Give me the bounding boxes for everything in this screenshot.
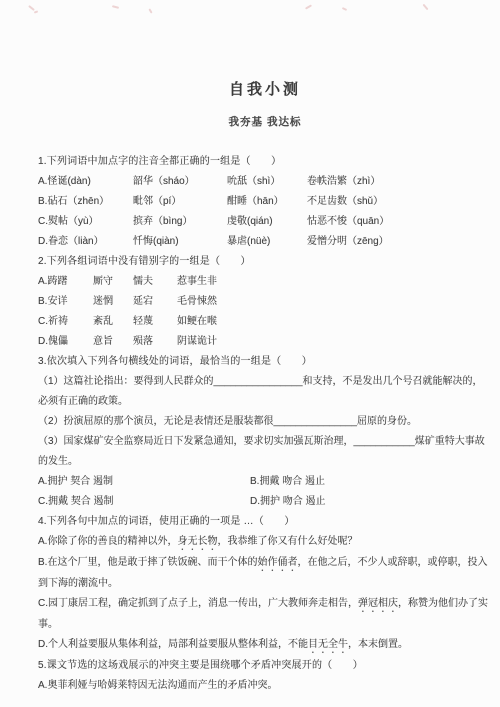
question-2-stem: 2.下列各组词语中没有错别字的一组是（ ） bbox=[38, 252, 492, 272]
q3-clause-1: （1）这篇社论指出：要得到人民群众的________________和支持，不是… bbox=[38, 372, 492, 412]
q1-option-d-cell: 忏悔(qiàn) bbox=[133, 232, 227, 252]
q4-option-b-text: B.在这个厂里，他是敢于摔了铁饭碗、而干个体的 bbox=[38, 557, 257, 568]
q4-option-a-text: A.你除了你的善良的精神以外， bbox=[38, 536, 177, 547]
question-3-stem: 3.依次填入下列各句横线处的词语，最恰当的一组是（ ） bbox=[38, 352, 492, 372]
q2-option-c-cell: 如鲠在喉 bbox=[177, 312, 492, 332]
emphasized-idiom: 身无长物 bbox=[177, 536, 217, 547]
emphasized-idiom: 始作俑者 bbox=[257, 557, 297, 568]
q1-option-d-cell: 爱憎分明（zēng） bbox=[307, 232, 492, 252]
table-row: B.砧石（zhēn） 毗邻（pí） 酣睡（hān） 不足齿数（shǔ） bbox=[38, 192, 492, 212]
scan-artifact-mark bbox=[422, 4, 428, 11]
emphasized-idiom: 弹冠相庆 bbox=[358, 598, 398, 609]
q2-option-a-cell: A.踌躇 bbox=[38, 272, 93, 292]
q3-option-b: B.拥戴 吻合 遏止 bbox=[250, 472, 325, 492]
table-row: D.傀儡 意旨 殒落 阴谋诡计 bbox=[38, 332, 492, 352]
q2-option-c-cell: 紊乱 bbox=[93, 312, 133, 332]
table-row: A.怪诞(dàn) 韶华（sháo） 吮舐（shì） 卷帙浩繁（zhì） bbox=[38, 172, 492, 192]
q3-options-row-2: C.拥戴 契合 遏制 D.拥护 吻合 遏止 bbox=[38, 492, 492, 512]
q4-option-c-text: C.园丁康居工程，确定抓到了点子上，消息一传出，广大教师奔走相告， bbox=[38, 598, 358, 609]
table-row: C.祈祷 紊乱 轻蔑 如鲠在喉 bbox=[38, 312, 492, 332]
q5-option-a: A.奥菲利娅与哈姆莱特因无法沟通而产生的矛盾冲突。 bbox=[38, 676, 492, 696]
question-5-stem: 5.课文节选的这场戏展示的冲突主要是围绕哪个矛盾冲突展开的（ ） bbox=[38, 656, 492, 676]
q4-option-c: C.园丁康居工程，确定抓到了点子上，消息一传出，广大教师奔走相告，弹冠相庆，称赞… bbox=[38, 594, 492, 635]
scan-artifact-mark bbox=[148, 8, 152, 13]
q1-option-a-cell: 吮舐（shì） bbox=[227, 172, 307, 192]
q1-option-a-cell: A.怪诞(dàn) bbox=[38, 172, 133, 192]
question-4-stem: 4.下列各句中加点的词语，使用正确的一项是 …（ ） bbox=[38, 512, 492, 532]
q4-option-a-text: ，我恭维了你又有什么好处呢？ bbox=[217, 536, 357, 547]
table-row: C.熨帖（yù） 摈弃（bìng） 虔敬(qián) 怙恶不悛（quān） bbox=[38, 212, 492, 232]
q1-option-c-cell: 怙恶不悛（quān） bbox=[307, 212, 492, 232]
scan-artifact-mark bbox=[305, 4, 312, 9]
q1-option-a-cell: 卷帙浩繁（zhì） bbox=[307, 172, 492, 192]
scan-artifact-mark bbox=[342, 7, 347, 11]
q2-option-b-cell: B.安详 bbox=[38, 292, 93, 312]
q3-options-row-1: A.拥护 契合 遏制 B.拥戴 吻合 遏止 bbox=[38, 472, 492, 492]
q1-option-b-cell: 毗邻（pí） bbox=[133, 192, 227, 212]
question-1-stem: 1.下列词语中加点字的注音全都正确的一组是（ ） bbox=[38, 152, 492, 172]
scan-artifact-mark bbox=[112, 5, 119, 9]
q2-option-a-cell: 懦夫 bbox=[133, 272, 177, 292]
scan-artifact-mark bbox=[34, 10, 38, 13]
q2-option-d-cell: 阴谋诡计 bbox=[177, 332, 492, 352]
q3-option-d: D.拥护 吻合 遏止 bbox=[250, 492, 326, 512]
scan-artifact-mark bbox=[28, 5, 35, 11]
emphasized-idiom: 目无全牛 bbox=[308, 639, 348, 650]
q4-option-b: B.在这个厂里，他是敢于摔了铁饭碗、而干个体的始作俑者，在他之后，不少人或辞职，… bbox=[38, 553, 492, 594]
q2-option-c-cell: C.祈祷 bbox=[38, 312, 93, 332]
q4-option-a: A.你除了你的善良的精神以外，身无长物，我恭维了你又有什么好处呢？ bbox=[38, 532, 492, 553]
q2-option-b-cell: 毛骨悚然 bbox=[177, 292, 492, 312]
q2-option-d-cell: D.傀儡 bbox=[38, 332, 93, 352]
q1-option-d-cell: D.眷恋（liàn） bbox=[38, 232, 133, 252]
q2-option-a-cell: 惹事生非 bbox=[177, 272, 492, 292]
q1-option-c-cell: C.熨帖（yù） bbox=[38, 212, 133, 232]
q1-option-a-cell: 韶华（sháo） bbox=[133, 172, 227, 192]
q1-option-c-cell: 摈弃（bìng） bbox=[133, 212, 227, 232]
table-row: A.踌躇 厮守 懦夫 惹事生非 bbox=[38, 272, 492, 292]
q3-clause-3: （3）国家煤矿安全监察局近日下发紧急通知，要求切实加强瓦斯治理，________… bbox=[38, 432, 492, 472]
page-title: 自我小测 bbox=[38, 80, 492, 100]
q4-option-d-text: ，本末倒置。 bbox=[348, 639, 408, 650]
q1-option-c-cell: 虔敬(qián) bbox=[227, 212, 307, 232]
q3-option-c: C.拥戴 契合 遏制 bbox=[38, 492, 250, 512]
q2-option-b-cell: 延宕 bbox=[133, 292, 177, 312]
q1-option-b-cell: 不足齿数（shǔ） bbox=[307, 192, 492, 212]
worksheet-page: 自我小测 我夯基 我达标 1.下列词语中加点字的注音全都正确的一组是（ ） A.… bbox=[0, 0, 500, 707]
q2-option-d-cell: 意旨 bbox=[93, 332, 133, 352]
q1-option-b-cell: 酣睡（hān） bbox=[227, 192, 307, 212]
q4-option-d: D.个人利益要服从集体利益，局部利益要服从整体利益，不能目无全牛，本末倒置。 bbox=[38, 635, 492, 656]
q1-option-d-cell: 暴虐(nüè) bbox=[227, 232, 307, 252]
table-row: D.眷恋（liàn） 忏悔(qiàn) 暴虐(nüè) 爱憎分明（zēng） bbox=[38, 232, 492, 252]
q2-option-a-cell: 厮守 bbox=[93, 272, 133, 292]
q2-option-d-cell: 殒落 bbox=[133, 332, 177, 352]
q1-option-b-cell: B.砧石（zhēn） bbox=[38, 192, 133, 212]
q2-option-b-cell: 迷惘 bbox=[93, 292, 133, 312]
question-2-options-table: A.踌躇 厮守 懦夫 惹事生非 B.安详 迷惘 延宕 毛骨悚然 C.祈祷 紊乱 … bbox=[38, 272, 492, 352]
question-1-options-table: A.怪诞(dàn) 韶华（sháo） 吮舐（shì） 卷帙浩繁（zhì） B.砧… bbox=[38, 172, 492, 252]
section-subtitle: 我夯基 我达标 bbox=[38, 116, 492, 128]
q4-option-d-text: D.个人利益要服从集体利益，局部利益要服从整体利益，不能 bbox=[38, 639, 308, 650]
table-row: B.安详 迷惘 延宕 毛骨悚然 bbox=[38, 292, 492, 312]
q3-option-a: A.拥护 契合 遏制 bbox=[38, 472, 250, 492]
q2-option-c-cell: 轻蔑 bbox=[133, 312, 177, 332]
q3-clause-2: （2）扮演屈原的那个演员，无论是表情还是服装都很_______________屈… bbox=[38, 412, 492, 432]
